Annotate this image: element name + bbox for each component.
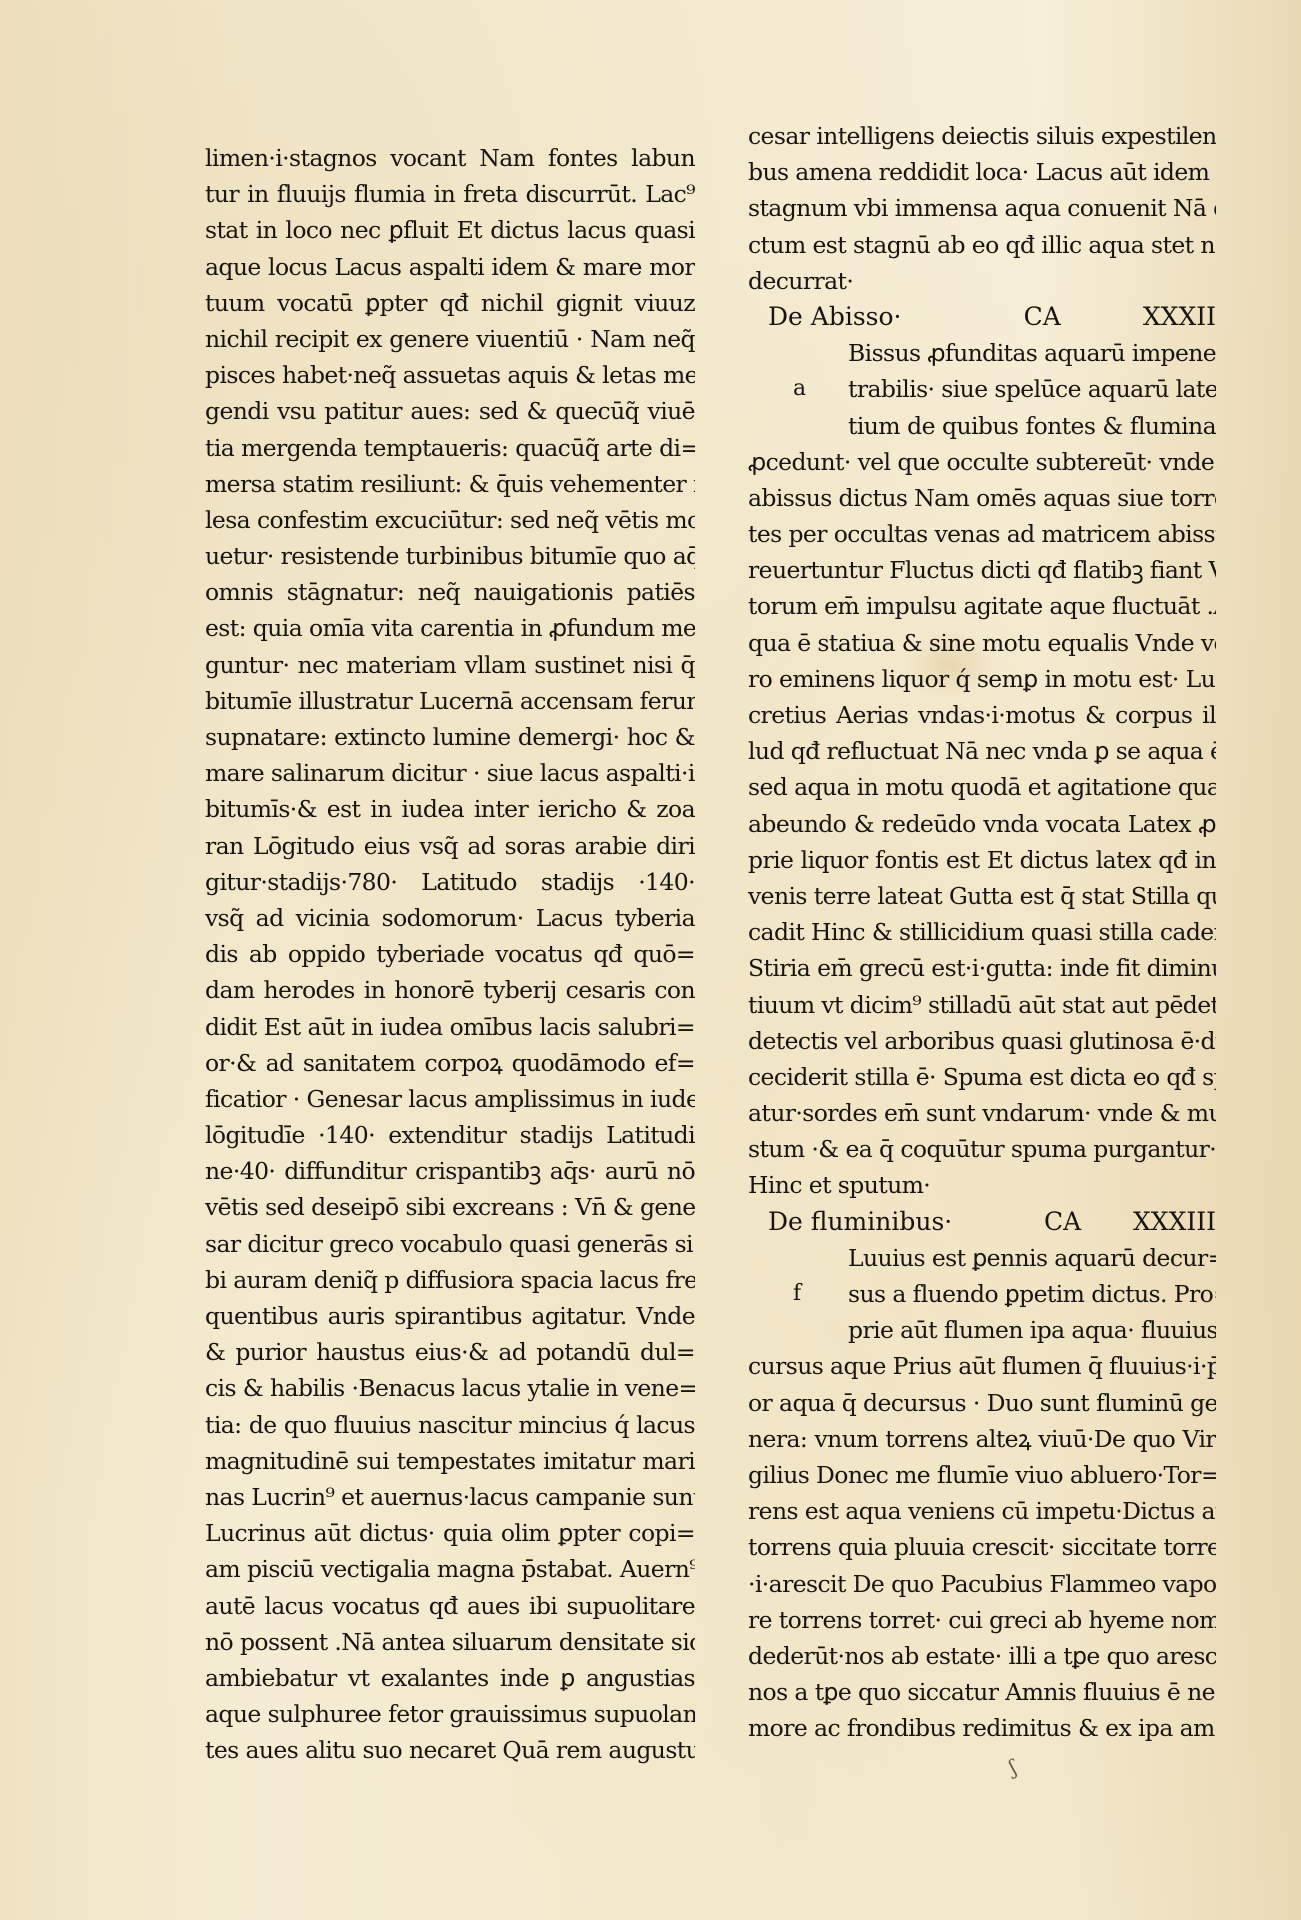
text-line: tia mergenda temptaueris: quacūq̃ arte d… (205, 430, 695, 466)
ink-mark: ʃ (1006, 1755, 1019, 1779)
text-line: vētis sed deseipō sibi excreans : Vn̄ & … (205, 1189, 695, 1225)
text-line: mersa statim resiliunt: & q̄uis vehement… (205, 466, 695, 502)
text-line: vsq̃ ad vicinia sodomorum· Lacus tyberia (205, 900, 695, 936)
text-line: nō possent .Nā antea siluarum densitate … (205, 1624, 695, 1660)
text-line: ceciderit stilla ē· Spuma est dicta eo q… (748, 1059, 1216, 1095)
text-line: cadit Hinc & stillicidium quasi stilla c… (748, 914, 1216, 950)
text-line: ran Lōgitudo eius vsq̃ ad soras arabie d… (205, 828, 695, 864)
text-line: abissus dictus Nam omēs aquas siue torrē (748, 480, 1216, 516)
text-line: supnatare: extincto lumine demergi· hoc … (205, 719, 695, 755)
chapter-32-numeral: XXXII (1143, 299, 1216, 335)
text-line: cis & habilis ·Benacus lacus ytalie in v… (205, 1370, 695, 1406)
text-line: detectis vel arboribus quasi glutinosa ē… (748, 1023, 1216, 1059)
text-line: cesar intelligens deiectis siluis expest… (748, 118, 1216, 154)
text-line: ctum est stagnū ab eo qđ illic aqua stet… (748, 227, 1216, 263)
text-line: Lucrinus aūt dictus· quia olim ꝑpter cop… (205, 1515, 695, 1551)
text-line: uetur· resistende turbinibus bitumīe quo… (205, 538, 695, 574)
chapter-33-ca: CA (1044, 1204, 1081, 1240)
text-line: more ac frondibus redimitus & ex ipa ame… (748, 1710, 1216, 1746)
left-column: limen·i·stagnos vocant Nam fontes labunt… (205, 140, 695, 1768)
text-line: lesa confestim excuciūtur: sed neq̃ vēti… (205, 502, 695, 538)
text-line: sar dicitur greco vocabulo quasi generās… (205, 1226, 695, 1262)
text-line-content: trabilis· siue spelūce aquarū laten= (848, 375, 1216, 403)
guide-letter: a (793, 371, 806, 407)
text-line: pisces habet·neq̃ assuetas aquis & letas… (205, 357, 695, 393)
chapter-33-heading: De fluminibus· CA XXXIII (748, 1204, 1216, 1240)
text-line: ambiebatur vt exalantes inde ꝑ angustias (205, 1660, 695, 1696)
right-column: cesar intelligens deiectis siluis expest… (748, 118, 1216, 1746)
text-line: ro eminens liquor q́ semꝑ in motu est· L… (748, 661, 1216, 697)
text-line: tiuum vt dicim⁹ stilladū aūt stat aut pē… (748, 987, 1216, 1023)
text-line: fsus a fluendo ꝑpetim dictus. Pro= (748, 1276, 1216, 1312)
text-line: tium de quibus fontes & flumina (748, 408, 1216, 444)
text-line: & purior haustus eius·& ad potandū dul= (205, 1334, 695, 1370)
chapter-33-numeral: XXXIII (1133, 1204, 1216, 1240)
text-line: Hinc et sputum· (748, 1167, 1216, 1203)
text-line: decurrat· (748, 263, 1216, 299)
chapter-33-title: De fluminibus· (768, 1204, 952, 1240)
text-line: tuum vocatū ꝑpter qđ nichil gignit viuuz (205, 285, 695, 321)
text-line: omnis stāgnatur: neq̃ nauigationis patiē… (205, 574, 695, 610)
text-line: Bissus ꝓfunditas aquarū impene (748, 335, 1216, 371)
text-line: tur in fluuijs flumia in freta discurrūt… (205, 176, 695, 212)
text-line: est: quia omīa vita carentia in ꝓfundum … (205, 610, 695, 646)
text-line: bi auram deniq̃ p diffusiora spacia lacu… (205, 1262, 695, 1298)
text-line: Stiria em̄ grecū est·i·gutta: inde fit d… (748, 950, 1216, 986)
text-line: reuertuntur Fluctus dicti qđ flatibꝫ fia… (748, 552, 1216, 588)
text-line: nas Lucrin⁹ et auernus·lacus campanie su… (205, 1479, 695, 1515)
text-line: magnitudinē sui tempestates imitatur mar… (205, 1443, 695, 1479)
text-line: gitur·stadijs·780· Latitudo stadijs ·140… (205, 864, 695, 900)
incunabulum-page: limen·i·stagnos vocant Nam fontes labunt… (0, 0, 1301, 1920)
text-line: prie liquor fontis est Et dictus latex q… (748, 842, 1216, 878)
text-line: cursus aque Prius aūt flumen q̄ fluuius·… (748, 1348, 1216, 1384)
text-line: tia: de quo fluuius nascitur mincius q́ … (205, 1407, 695, 1443)
text-line: torrens quia pluuia crescit· siccitate t… (748, 1529, 1216, 1565)
text-line: re torrens torret· cui greci ab hyeme no… (748, 1602, 1216, 1638)
text-line: guntur· nec materiam vllam sustinet nisi… (205, 647, 695, 683)
text-line: ficatior · Genesar lacus amplissimus in … (205, 1081, 695, 1117)
text-line: torum em̄ impulsu agitate aque fluctuāt … (748, 588, 1216, 624)
text-line: venis terre lateat Gutta est q̄ stat Sti… (748, 878, 1216, 914)
text-line: aque locus Lacus aspalti idem & mare mor (205, 249, 695, 285)
text-line: am pisciū vectigalia magna p̄stabat. Aue… (205, 1551, 695, 1587)
text-line: bitumīe illustratur Lucernā accensam fer… (205, 683, 695, 719)
text-line: didit Est aūt in iudea omībus lacis salu… (205, 1009, 695, 1045)
text-line: dederūt·nos ab estate· illi a tꝑe quo ar… (748, 1638, 1216, 1674)
text-line: autē lacus vocatus qđ aues ibi supuolita… (205, 1588, 695, 1624)
text-line: quentibus auris spirantibus agitatur. Vn… (205, 1298, 695, 1334)
text-line: tes per occultas venas ad matricem abiss… (748, 516, 1216, 552)
text-line: lōgitudīe ·140· extenditur stadijs Latit… (205, 1117, 695, 1153)
text-line: tes aues alitu suo necaret Quā rem augus… (205, 1732, 695, 1768)
right-column-intro: cesar intelligens deiectis siluis expest… (748, 118, 1216, 299)
chapter-32-title: De Abisso· (768, 299, 902, 335)
text-line: dam herodes in honorē tyberij cesaris co… (205, 972, 695, 1008)
chapter-33-body: Luuius est ꝑennis aquarū decur=fsus a fl… (748, 1240, 1216, 1747)
text-line: nichil recipit ex genere viuentiū · Nam … (205, 321, 695, 357)
text-line: atrabilis· siue spelūce aquarū laten= (748, 371, 1216, 407)
text-line: or·& ad sanitatem corpoꝝ quodāmodo ef= (205, 1045, 695, 1081)
text-line: gilius Donec me flumīe viuo abluero·Tor= (748, 1457, 1216, 1493)
text-line: ne·40· diffunditur crispantibꝫ aq̄s· aur… (205, 1153, 695, 1189)
text-line: stat in loco nec ꝑfluit Et dictus lacus … (205, 212, 695, 248)
text-line: sed aqua in motu quodā et agitatione qua… (748, 769, 1216, 805)
text-line: bitumīs·& est in iudea inter iericho & z… (205, 791, 695, 827)
text-line: dis ab oppido tyberiade vocatus qđ quō= (205, 936, 695, 972)
text-line: mare salinarum dicitur · siue lacus aspa… (205, 755, 695, 791)
text-line: bus amena reddidit loca· Lacus aūt idem … (748, 154, 1216, 190)
text-line: stum ·& ea q̄ coquūtur spuma purgantur· (748, 1131, 1216, 1167)
text-line: or aqua q̄ decursus · Duo sunt fluminū g… (748, 1385, 1216, 1421)
text-line: stagnum vbi immensa aqua conuenit Nā di (748, 190, 1216, 226)
text-line: prie aūt flumen ipa aqua· fluuius (748, 1312, 1216, 1348)
text-line: ꝓcedunt· vel que occulte subtereūt· vnde… (748, 444, 1216, 480)
text-line: aque sulphuree fetor grauissimus supuola… (205, 1696, 695, 1732)
text-line: ·i·arescit De quo Pacubius Flammeo vapo (748, 1566, 1216, 1602)
chapter-32-heading: De Abisso· CA XXXII (748, 299, 1216, 335)
text-line: gendi vsu patitur aues: sed & quecūq̃ vi… (205, 393, 695, 429)
text-line: cretius Aerias vndas·i·motus & corpus il (748, 697, 1216, 733)
text-line-content: sus a fluendo ꝑpetim dictus. Pro= (848, 1280, 1216, 1308)
text-line: qua ē statiua & sine motu equalis Vnde v… (748, 625, 1216, 661)
text-line: atur·sordes em̄ sunt vndarum· vnde & mu (748, 1095, 1216, 1131)
text-line: rens est aqua veniens cū impetu·Dictus a… (748, 1493, 1216, 1529)
text-line: Luuius est ꝑennis aquarū decur= (748, 1240, 1216, 1276)
chapter-32-body: Bissus ꝓfunditas aquarū impeneatrabilis·… (748, 335, 1216, 1204)
guide-letter: f (793, 1276, 801, 1312)
text-line: nera: vnum torrens alteꝝ viuū·De quo Vir (748, 1421, 1216, 1457)
text-line: lud qđ refluctuat Nā nec vnda ꝑ se aqua … (748, 733, 1216, 769)
chapter-32-ca: CA (1024, 299, 1061, 335)
text-line: limen·i·stagnos vocant Nam fontes labun (205, 140, 695, 176)
text-line: abeundo & redeūdo vnda vocata Latex ꝓ (748, 806, 1216, 842)
text-line: nos a tꝑe quo siccatur Amnis fluuius ē n… (748, 1674, 1216, 1710)
